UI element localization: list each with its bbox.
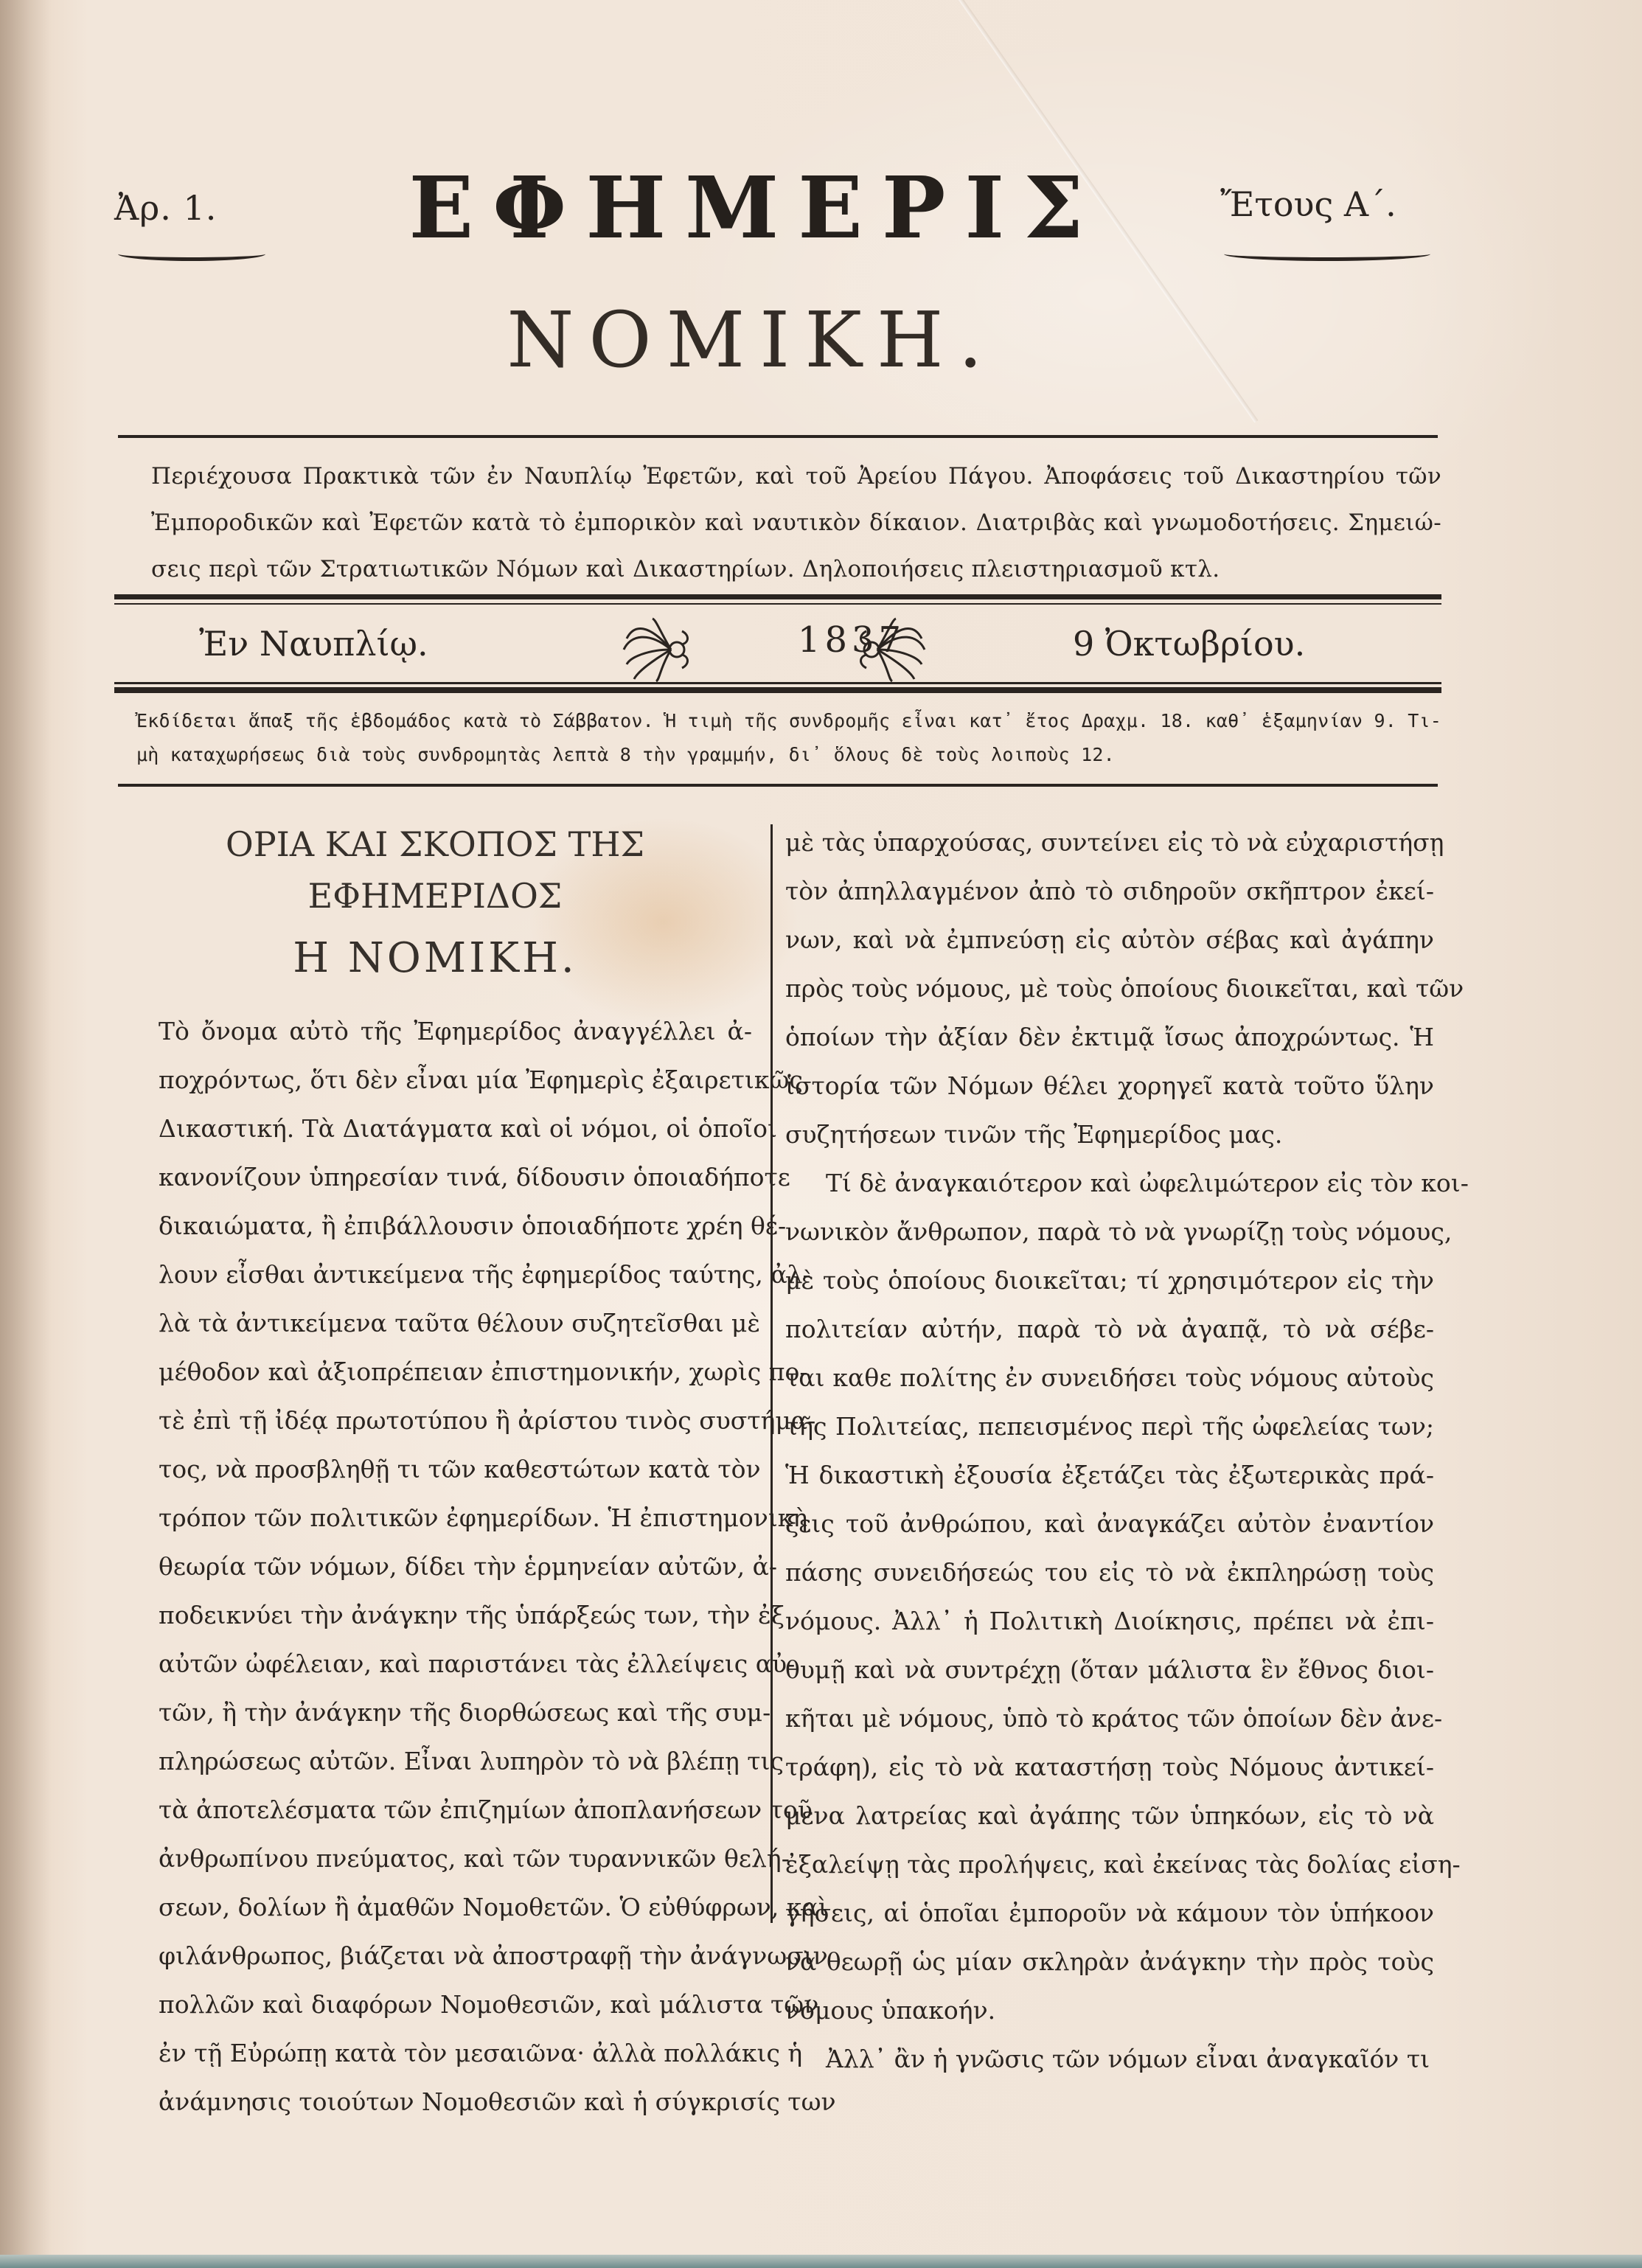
text-line: μέθοδον καὶ ἀξιοπρέπειαν ἐπιστημονικήν, … [118, 1348, 752, 1396]
text-line: ἀνθρωπίνου πνεύματος, καὶ τῶν τυραννικῶν… [118, 1834, 752, 1883]
text-line: νων, καὶ νὰ ἐμπνεύσῃ εἰς αὐτὸν σέβας καὶ… [785, 916, 1434, 964]
text-line: τος, νὰ προσβληθῇ τι τῶν καθεστώτων κατὰ… [118, 1445, 752, 1494]
contents-line: σεις περὶ τῶν Στρατιωτικῶν Νόμων καὶ Δικ… [122, 546, 1441, 593]
text-line: ται καθε πολίτης ἐν συνειδήσει τοὺς νόμο… [785, 1354, 1434, 1402]
column-divider [770, 824, 773, 1923]
dateline-year: 1837 [730, 619, 973, 661]
text-line: νόμους ὑπακοήν. [785, 1986, 1434, 2035]
text-line: λὰ τὰ ἀντικείμενα ταῦτα θέλουν συζητεῖσθ… [118, 1299, 752, 1348]
text-line: συζητήσεων τινῶν τῆς Ἐφημερίδος μας. [785, 1110, 1434, 1159]
contents-description: Περιέχουσα Πρακτικὰ τῶν ἐν Ναυπλίῳ Ἐφετῶ… [122, 453, 1441, 593]
text-line: γήσεις, αἱ ὁποῖαι ἐμποροῦν νὰ κάμουν τὸν… [785, 1889, 1434, 1938]
text-line: Δικαστική. Τὰ Διατάγματα καὶ οἱ νόμοι, ο… [118, 1105, 752, 1153]
text-line: δικαιώματα, ἢ ἐπιβάλλουσιν ὁποιαδήποτε χ… [118, 1202, 752, 1250]
newspaper-subtitle: ΝΟΜΙΚΗ. [428, 295, 1076, 385]
dateline-place: Ἐν Ναυπλίῳ. [199, 624, 428, 664]
divider-rule [118, 435, 1438, 438]
text-line: μὲ τὰς ὑπαρχούσας, συντείνει εἰς τὸ νὰ ε… [785, 818, 1434, 867]
text-line: κανονίζουν ὑπηρεσίαν τινά, δίδουσιν ὁποι… [118, 1153, 752, 1202]
article-right-column: μὲ τὰς ὑπαρχούσας, συντείνει εἰς τὸ νὰ ε… [785, 818, 1434, 2084]
contents-line: Ἐμποροδικῶν καὶ Ἐφετῶν κατὰ τὸ ἐμπορικὸν… [122, 500, 1441, 546]
text-line: ποδεικνύει τὴν ἀνάγκην τῆς ὑπάρξεώς των,… [118, 1591, 752, 1640]
text-line: ἐν τῇ Εὐρώπῃ κατὰ τὸν μεσαιῶνα· ἀλλὰ πολ… [118, 2029, 752, 2078]
double-rule-bottom [114, 687, 1441, 693]
double-rule-top [114, 594, 1441, 599]
newspaper-page: Ἀρ. 1. ΕΦΗΜΕΡΙΣ Ἔτους Α΄. ΝΟΜΙΚΗ. Περιέχ… [0, 0, 1642, 2268]
text-line: Ἡ δικαστικὴ ἐξουσία ἐξετάζει τὰς ἐξωτερι… [785, 1451, 1434, 1500]
subscription-line: Ἐκδίδεται ἅπαξ τῆς ἑβδομάδος κατὰ τὸ Σάβ… [122, 704, 1441, 738]
text-line: Τί δὲ ἀναγκαιότερον καὶ ὠφελιμώτερον εἰς… [785, 1159, 1434, 1208]
issue-number: Ἀρ. 1. [114, 188, 217, 228]
text-line: τράφη), εἰς τὸ νὰ καταστήσῃ τοὺς Νόμους … [785, 1743, 1434, 1792]
text-line: Ἀλλ᾽ ἂν ἡ γνῶσις τῶν νόμων εἶναι ἀναγκαῖ… [785, 2035, 1434, 2084]
text-line: τῶν, ἢ τὴν ἀνάγκην τῆς διορθώσεως καὶ τῆ… [118, 1688, 752, 1737]
text-line: ξεις τοῦ ἀνθρώπου, καὶ ἀναγκάζει αὐτὸν ἐ… [785, 1500, 1434, 1548]
text-line: νόμους. Ἀλλ᾽ ἡ Πολιτικὴ Διοίκησις, πρέπε… [785, 1597, 1434, 1646]
text-line: ἱστορία τῶν Νόμων θέλει χορηγεῖ κατὰ τοῦ… [785, 1062, 1434, 1110]
text-line: μενα λατρείας καὶ ἀγάπης τῶν ὑπηκόων, εἰ… [785, 1792, 1434, 1840]
article-title: ΟΡΙΑ ΚΑΙ ΣΚΟΠΟΣ ΤΗΣ ΕΦΗΜΕΡΙΔΟΣ [118, 818, 752, 922]
text-line: πρὸς τοὺς νόμους, μὲ τοὺς ὁποίους διοικε… [785, 964, 1434, 1013]
text-line: λουν εἶσθαι ἀντικείμενα τῆς ἐφημερίδος τ… [118, 1250, 752, 1299]
text-line: πληρώσεως αὐτῶν. Εἶναι λυπηρὸν τὸ νὰ βλέ… [118, 1737, 752, 1786]
text-line: πολιτείαν αὐτήν, παρὰ τὸ νὰ ἀγαπᾷ, τὸ νὰ… [785, 1305, 1434, 1354]
text-line: ἀνάμνησις τοιούτων Νομοθεσιῶν καὶ ἡ σύγκ… [118, 2078, 752, 2126]
text-line: κῆται μὲ νόμους, ὑπὸ τὸ κράτος τῶν ὁποίω… [785, 1694, 1434, 1743]
palmette-ornament-icon [855, 616, 929, 683]
text-line: τὸν ἀπηλλαγμένον ἀπὸ τὸ σιδηροῦν σκῆπτρο… [785, 867, 1434, 916]
text-line: Τὸ ὄνομα αὐτὸ τῆς Ἐφημερίδος ἀναγγέλλει … [118, 1007, 752, 1056]
publication-year-label: Ἔτους Α΄. [1220, 184, 1396, 224]
text-line: μὲ τοὺς ὁποίους διοικεῖται; τί χρησιμότε… [785, 1256, 1434, 1305]
article-subtitle: Η ΝΟΜΙΚΗ. [118, 929, 752, 988]
text-line: νὰ θεωρῇ ὡς μίαν σκληρὰν ἀνάγκην τὴν πρὸ… [785, 1938, 1434, 1986]
text-line: πάσης συνειδήσεώς του εἰς τὸ νὰ ἐκπληρώσ… [785, 1548, 1434, 1597]
contents-line: Περιέχουσα Πρακτικὰ τῶν ἐν Ναυπλίῳ Ἐφετῶ… [122, 453, 1441, 500]
text-line: τὰ ἀποτελέσματα τῶν ἐπιζημίων ἀποπλανήσε… [118, 1786, 752, 1834]
page-bottom-edge [0, 2255, 1642, 2268]
text-line: πολλῶν καὶ διαφόρων Νομοθεσιῶν, καὶ μάλι… [118, 1980, 752, 2029]
text-line: ποχρόντως, ὅτι δὲν εἶναι μία Ἐφημερὶς ἐξ… [118, 1056, 752, 1105]
double-rule-top-thin [114, 603, 1441, 605]
text-line: τρόπον τῶν πολιτικῶν ἐφημερίδων. Ἡ ἐπιστ… [118, 1494, 752, 1542]
text-line: σεων, δολίων ἢ ἀμαθῶν Νομοθετῶν. Ὁ εὐθύφ… [118, 1883, 752, 1932]
swash-rule-left [118, 247, 265, 261]
text-line: θεωρία τῶν νόμων, δίδει τὴν ἑρμηνείαν αὐ… [118, 1542, 752, 1591]
binding-shadow [0, 0, 52, 2268]
divider-rule [118, 784, 1438, 787]
text-line: τὲ ἐπὶ τῇ ἰδέᾳ πρωτοτύπου ἢ ἀρίστου τινὸ… [118, 1396, 752, 1445]
text-line: φιλάνθρωπος, βιάζεται νὰ ἀποστραφῇ τὴν ἀ… [118, 1932, 752, 1980]
text-line: τῆς Πολιτείας, πεπεισμένος περὶ τῆς ὠφελ… [785, 1402, 1434, 1451]
text-line: αὐτῶν ὠφέλειαν, καὶ παριστάνει τὰς ἐλλεί… [118, 1640, 752, 1688]
double-rule-bottom-thin [114, 682, 1441, 684]
text-line: νωνικὸν ἄνθρωπον, παρὰ τὸ νὰ γνωρίζῃ τοὺ… [785, 1208, 1434, 1256]
subscription-info: Ἐκδίδεται ἅπαξ τῆς ἑβδομάδος κατὰ τὸ Σάβ… [122, 704, 1441, 772]
text-line: θυμῇ καὶ νὰ συντρέχῃ (ὅταν μάλιστα ἓν ἔθ… [785, 1646, 1434, 1694]
palmette-ornament-icon [619, 616, 693, 683]
dateline: Ἐν Ναυπλίῳ. 1837 [118, 619, 1438, 678]
article-left-column: ΟΡΙΑ ΚΑΙ ΣΚΟΠΟΣ ΤΗΣ ΕΦΗΜΕΡΙΔΟΣ Η ΝΟΜΙΚΗ.… [118, 818, 752, 2126]
subscription-line: μὴ καταχωρήσεως διὰ τοὺς συνδρομητὰς λεπ… [122, 738, 1441, 772]
text-line: ὁποίων τὴν ἀξίαν δὲν ἐκτιμᾷ ἴσως ἀποχρών… [785, 1013, 1434, 1062]
newspaper-title: ΕΦΗΜΕΡΙΣ [369, 159, 1143, 258]
text-line: ἐξαλείψῃ τὰς προλήψεις, καὶ ἐκείνας τὰς … [785, 1840, 1434, 1889]
swash-rule-right [1224, 247, 1430, 261]
dateline-date: 9 Ὀκτωβρίου. [1073, 624, 1305, 664]
